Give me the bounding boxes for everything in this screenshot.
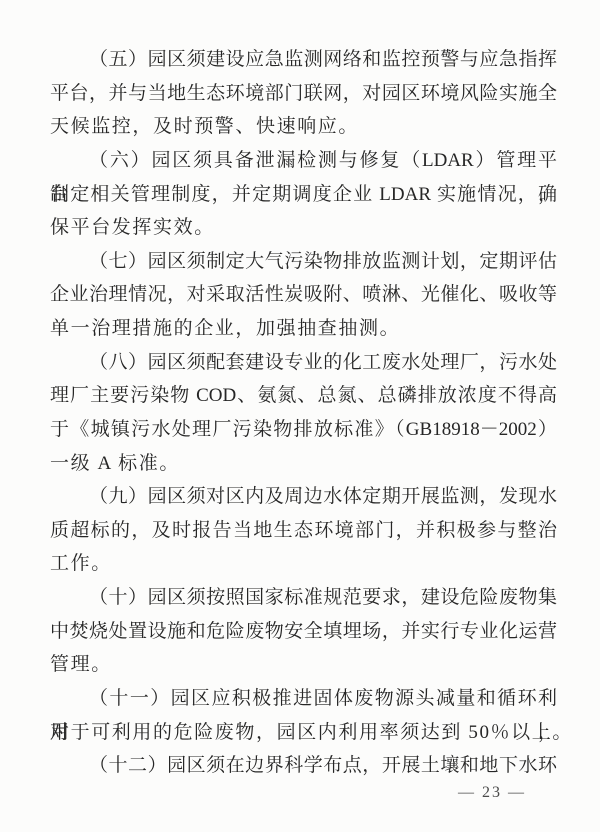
text-line: 管理。 xyxy=(50,648,557,682)
text-line: （九）园区须对区内及周边水体定期开展监测，发现水 xyxy=(50,480,557,514)
paragraph-item-8: （八）园区须配套建设专业的化工废水处理厂，污水处 理厂主要污染物 COD、氨氮、… xyxy=(50,346,557,481)
text-line: 单一治理措施的企业，加强抽查抽测。 xyxy=(50,312,557,346)
text-line: 保平台发挥实效。 xyxy=(50,211,557,245)
paragraph-item-11: （十一）园区应积极推进固体废物源头减量和循环利用， 对于可利用的危险废物，园区内… xyxy=(50,682,557,749)
text-line: 质超标的，及时报告当地生态环境部门，并积极参与整治 xyxy=(50,514,557,548)
text-line: 一级 A 标准。 xyxy=(50,447,557,481)
paragraph-item-7: （七）园区须制定大气污染物排放监测计划，定期评估 企业治理情况，对采取活性炭吸附… xyxy=(50,245,557,346)
text-line: 理厂主要污染物 COD、氨氮、总氮、总磷排放浓度不得高 xyxy=(50,379,557,413)
text-line: 制定相关管理制度，并定期调度企业 LDAR 实施情况，确 xyxy=(50,178,557,212)
paragraph-item-12: （十二）园区须在边界科学布点，开展土壤和地下水环 xyxy=(50,749,557,783)
paragraph-item-10: （十）园区须按照国家标准规范要求，建设危险废物集 中焚烧处置设施和危险废物安全填… xyxy=(50,581,557,682)
text-line: 平台，并与当地生态环境部门联网，对园区环境风险实施全 xyxy=(50,77,557,111)
text-line: 中焚烧处置设施和危险废物安全填埋场，并实行专业化运营 xyxy=(50,615,557,649)
text-line: （五）园区须建设应急监测网络和监控预警与应急指挥 xyxy=(50,43,557,77)
text-line: 对于可利用的危险废物，园区内利用率须达到 50％以上。 xyxy=(50,716,557,750)
text-line: 于《城镇污水处理厂污染物排放标准》（GB18918－2002） xyxy=(50,413,557,447)
document-body: （五）园区须建设应急监测网络和监控预警与应急指挥 平台，并与当地生态环境部门联网… xyxy=(50,43,557,783)
text-line: （十）园区须按照国家标准规范要求，建设危险废物集 xyxy=(50,581,557,615)
text-line: （六）园区须具备泄漏检测与修复（LDAR）管理平台， xyxy=(50,144,557,178)
paragraph-item-6: （六）园区须具备泄漏检测与修复（LDAR）管理平台， 制定相关管理制度，并定期调… xyxy=(50,144,557,245)
text-line: （七）园区须制定大气污染物排放监测计划，定期评估 xyxy=(50,245,557,279)
paragraph-item-5: （五）园区须建设应急监测网络和监控预警与应急指挥 平台，并与当地生态环境部门联网… xyxy=(50,43,557,144)
page-number: — 23 — xyxy=(458,783,526,803)
text-line: （十二）园区须在边界科学布点，开展土壤和地下水环 xyxy=(50,749,557,783)
text-line: （十一）园区应积极推进固体废物源头减量和循环利用， xyxy=(50,682,557,716)
paragraph-item-9: （九）园区须对区内及周边水体定期开展监测，发现水 质超标的，及时报告当地生态环境… xyxy=(50,480,557,581)
text-line: 工作。 xyxy=(50,547,557,581)
document-page: （五）园区须建设应急监测网络和监控预警与应急指挥 平台，并与当地生态环境部门联网… xyxy=(0,0,600,832)
text-line: 企业治理情况，对采取活性炭吸附、喷淋、光催化、吸收等 xyxy=(50,278,557,312)
text-line: （八）园区须配套建设专业的化工废水处理厂，污水处 xyxy=(50,346,557,380)
text-line: 天候监控，及时预警、快速响应。 xyxy=(50,110,557,144)
